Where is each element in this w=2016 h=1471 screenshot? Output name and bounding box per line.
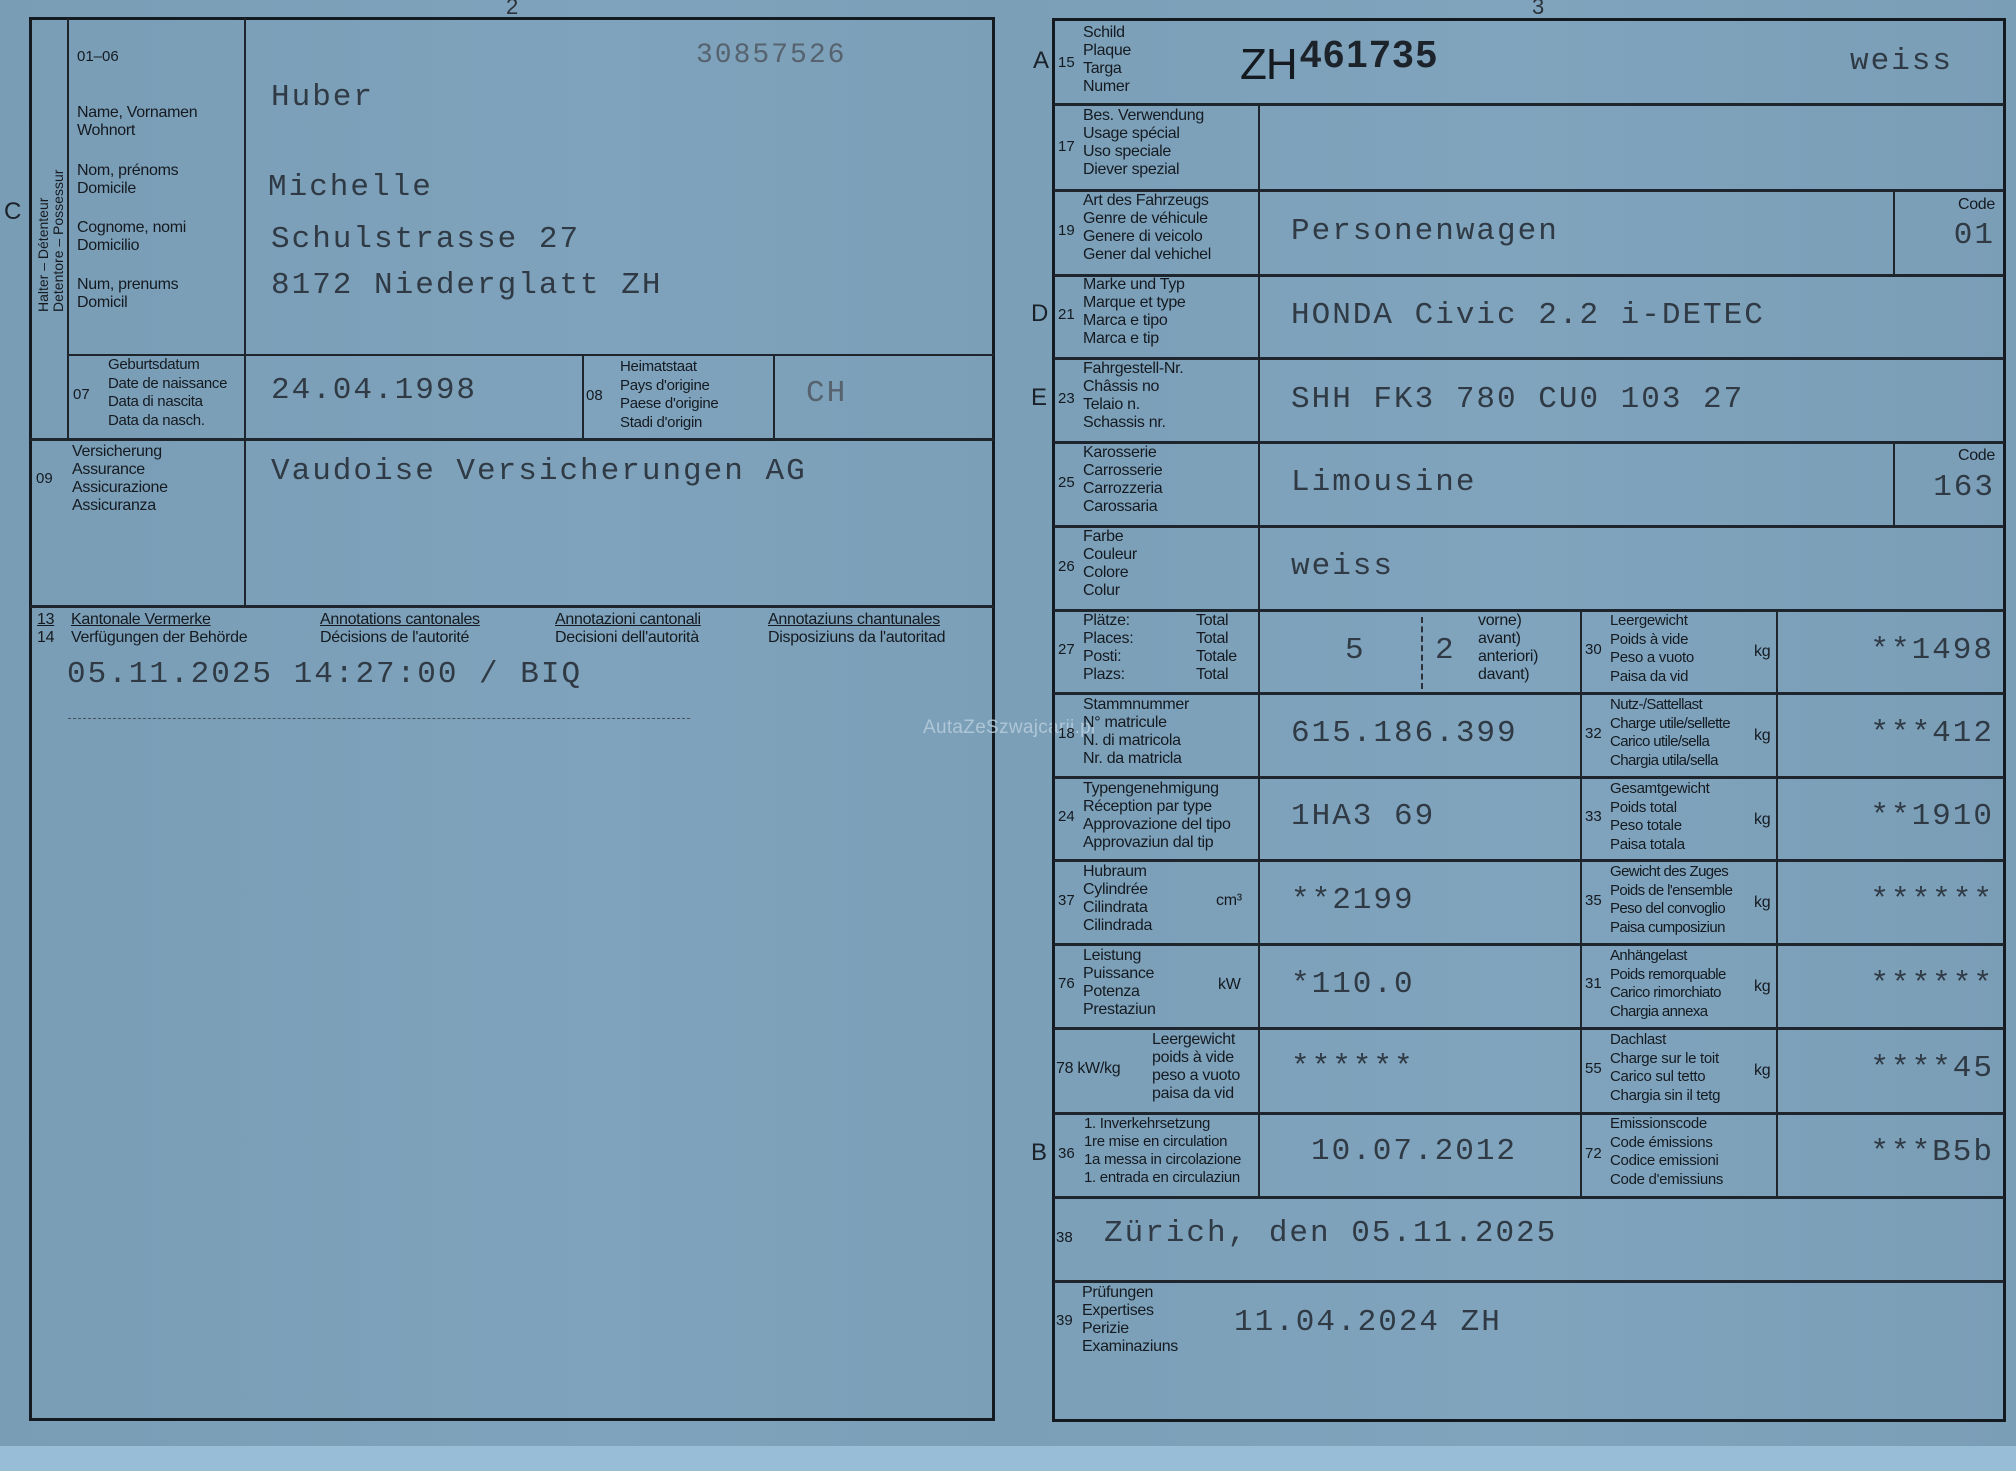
make-model-labels: Marke und TypMarque et type Marca e tipo… <box>1083 276 1186 348</box>
origin-value: CH <box>806 376 847 411</box>
make-model-value: HONDA Civic 2.2 i-DETEC <box>1291 298 1765 333</box>
annotations-field-nos: 1314 <box>37 611 54 647</box>
birth-date-field-no: 07 <box>73 386 90 403</box>
birth-date-labels: GeburtsdatumDate de naissance Data di na… <box>108 356 227 430</box>
marker-d: D <box>1031 300 1048 328</box>
trailer-load-value: ****** <box>1780 967 1994 1002</box>
empty-weight-labels: LeergewichtPoids à vide Peso a vuotoPais… <box>1610 612 1694 686</box>
holder-labels-rm: Num, prenumsDomicil <box>77 276 178 312</box>
row-divider <box>30 438 994 441</box>
color-labels: FarbeCouleur ColoreColur <box>1083 528 1137 600</box>
annotations-header-fr: Annotations cantonalesDécisions de l'aut… <box>320 611 480 647</box>
annotation-separator <box>68 718 690 719</box>
payload-labels: Nutz-/SattellastCharge utile/sellette Ca… <box>1610 696 1730 770</box>
row-divider <box>1054 525 2004 528</box>
seats-field-no: 27 <box>1058 641 1075 658</box>
issue-place-date: Zürich, den 05.11.2025 <box>1104 1216 1557 1251</box>
make-model-field-no: 21 <box>1058 306 1075 323</box>
inspections-field-no: 39 <box>1056 1312 1073 1329</box>
roof-load-value: ****45 <box>1780 1051 1994 1086</box>
body-code: 163 <box>1895 470 1995 505</box>
matriculation-labels: StammnummerN° matricule N. di matricolaN… <box>1083 696 1189 768</box>
power-weight-labels: Leergewichtpoids à vide peso a vuotopais… <box>1152 1031 1240 1103</box>
total-weight-value: **1910 <box>1780 799 1994 834</box>
row-divider <box>1054 943 2004 946</box>
row-divider <box>1054 357 2004 360</box>
payload-field-no: 32 <box>1585 725 1602 742</box>
issue-field-no: 38 <box>1056 1229 1073 1246</box>
holder-strip-line1: Halter – Détenteur <box>36 198 51 312</box>
page-number-right: 3 <box>1532 0 1544 20</box>
body-labels: KarosserieCarrosserie CarrozzeriaCarossa… <box>1083 444 1162 516</box>
type-approval-labels: TypengenehmigungRéception par type Appro… <box>1083 780 1231 852</box>
holder-city: 8172 Niederglatt ZH <box>271 268 662 303</box>
first-registration-value: 10.07.2012 <box>1311 1134 1517 1169</box>
seats-front-labels: vorne)avant) anteriori)davant) <box>1478 612 1538 684</box>
origin-field-no: 08 <box>586 387 603 404</box>
origin-labels: HeimatstaatPays d'origine Paese d'origin… <box>620 358 718 432</box>
type-approval-value: 1HA3 69 <box>1291 799 1435 834</box>
emission-code-labels: EmissionscodeCode émissions Codice emiss… <box>1610 1115 1723 1189</box>
plate-field-no: 15 <box>1058 54 1075 71</box>
birth-date-value: 24.04.1998 <box>271 373 477 408</box>
train-weight-unit: kg <box>1754 894 1770 912</box>
seats-front: 2 <box>1435 633 1456 668</box>
inspections-value: 11.04.2024 ZH <box>1234 1305 1502 1340</box>
power-weight-field: 78 kW/kg <box>1056 1060 1120 1078</box>
chassis-value: SHH FK3 780 CU0 103 27 <box>1291 382 1744 417</box>
marker-b: B <box>1031 1139 1047 1167</box>
row-divider <box>1054 103 2004 106</box>
total-weight-unit: kg <box>1754 811 1770 829</box>
chassis-field-no: 23 <box>1058 390 1075 407</box>
vehicle-registration-document: 2 3 C Halter – Détenteur Detentore – Pos… <box>0 0 2016 1446</box>
emission-code-field-no: 72 <box>1585 1145 1602 1162</box>
vehicle-type-code: 01 <box>1895 218 1995 253</box>
power-unit: kW <box>1218 976 1241 994</box>
color-field-no: 26 <box>1058 558 1075 575</box>
right-value-divider <box>1776 610 1778 1197</box>
power-field-no: 76 <box>1058 975 1075 992</box>
document-number: 30857526 <box>696 40 846 71</box>
emission-code-value: ***B5b <box>1780 1135 1994 1170</box>
body-value: Limousine <box>1291 465 1476 500</box>
empty-weight-value: **1498 <box>1780 633 1994 668</box>
row-divider <box>1054 1196 2004 1199</box>
divider <box>773 355 775 438</box>
row-divider <box>1054 1027 2004 1030</box>
total-weight-field-no: 33 <box>1585 808 1602 825</box>
row-divider <box>1054 776 2004 779</box>
annotations-header-rm: Annotaziuns chantunalesDisposiziuns da l… <box>768 611 945 647</box>
seats-brace <box>1421 617 1429 689</box>
strip-divider <box>67 18 69 438</box>
insurance-labels: VersicherungAssurance AssicurazioneAssic… <box>72 443 168 515</box>
row-divider <box>1054 441 2004 444</box>
total-weight-labels: GesamtgewichtPoids total Peso totalePais… <box>1610 780 1709 854</box>
body-field-no: 25 <box>1058 474 1075 491</box>
empty-weight-unit: kg <box>1754 643 1770 661</box>
annotations-header-de: Kantonale VermerkeVerfügungen der Behörd… <box>71 611 247 647</box>
displacement-unit: cm³ <box>1216 892 1242 910</box>
plate-canton: ZH <box>1240 40 1297 90</box>
middle-column-divider <box>1580 610 1582 1197</box>
first-registration-field-no: 36 <box>1058 1145 1075 1162</box>
annotation-entry: 05.11.2025 14:27:00 / BIQ <box>67 657 582 692</box>
type-approval-field-no: 24 <box>1058 808 1075 825</box>
vehicle-type-field-no: 19 <box>1058 222 1075 239</box>
roof-load-unit: kg <box>1754 1062 1770 1080</box>
holder-street: Schulstrasse 27 <box>271 222 580 257</box>
power-value: *110.0 <box>1291 967 1415 1002</box>
plate-color: weiss <box>1850 44 1953 79</box>
marker-e: E <box>1031 384 1047 412</box>
seats-total-labels: TotalTotal TotaleTotal <box>1196 612 1237 684</box>
displacement-field-no: 37 <box>1058 892 1075 909</box>
row-divider <box>1054 859 2004 862</box>
seats-total: 5 <box>1345 633 1366 668</box>
roof-load-labels: DachlastCharge sur le toit Carico sul te… <box>1610 1031 1720 1105</box>
plate-labels: SchildPlaque TargaNumer <box>1083 24 1131 96</box>
holder-first-name: Michelle <box>268 170 433 205</box>
chassis-labels: Fahrgestell-Nr.Châssis no Telaio n.Schas… <box>1083 360 1183 432</box>
annotations-header-it: Annotazioni cantonaliDecisioni dell'auto… <box>555 611 701 647</box>
power-labels: LeistungPuissance PotenzaPrestaziun <box>1083 947 1156 1019</box>
plate-number: 461735 <box>1300 34 1439 77</box>
row-divider <box>30 605 994 608</box>
insurance-value: Vaudoise Versicherungen AG <box>271 454 807 489</box>
holder-labels-de: Name, VornamenWohnort <box>77 104 197 140</box>
vehicle-type-code-label: Code <box>1895 196 1995 214</box>
holder-strip-line2: Detentore – Possessur <box>51 170 66 312</box>
special-use-labels: Bes. VerwendungUsage spécial Uso special… <box>1083 107 1204 179</box>
seats-labels: Plätze:Places: Posti:Plazs: <box>1083 612 1133 684</box>
row-divider <box>1054 274 2004 277</box>
body-code-label: Code <box>1895 447 1995 465</box>
row-divider <box>1054 692 2004 695</box>
train-weight-value: ****** <box>1780 883 1994 918</box>
holder-field-range: 01–06 <box>77 48 119 65</box>
first-registration-labels: 1. Inverkehrsetzung1re mise en circulati… <box>1084 1115 1241 1187</box>
train-weight-labels: Gewicht des ZugesPoids de l'ensemble Pes… <box>1610 863 1732 937</box>
empty-weight-field-no: 30 <box>1585 641 1602 658</box>
inspections-labels: PrüfungenExpertises PerizieExaminaziuns <box>1082 1284 1178 1356</box>
label-column-divider <box>244 18 246 605</box>
trailer-load-unit: kg <box>1754 978 1770 996</box>
holder-surname: Huber <box>271 80 374 115</box>
payload-value: ***412 <box>1780 716 1994 751</box>
row-divider <box>1054 1280 2004 1283</box>
divider <box>582 355 584 438</box>
trailer-load-labels: AnhängelastPoids remorquable Carico rimo… <box>1610 947 1726 1021</box>
displacement-labels: HubraumCylindrée CilindrataCilindrada <box>1083 863 1152 935</box>
label-column-divider <box>1258 104 1260 1197</box>
trailer-load-field-no: 31 <box>1585 975 1602 992</box>
train-weight-field-no: 35 <box>1585 892 1602 909</box>
displacement-value: **2199 <box>1291 883 1415 918</box>
power-weight-value: ****** <box>1291 1050 1415 1085</box>
matriculation-field-no: 18 <box>1058 725 1075 742</box>
section-marker-c: C <box>4 198 21 226</box>
special-use-field-no: 17 <box>1058 138 1075 155</box>
holder-labels-it: Cognome, nomiDomicilio <box>77 219 186 255</box>
insurance-field-no: 09 <box>36 470 53 487</box>
roof-load-field-no: 55 <box>1585 1060 1602 1077</box>
vehicle-type-value: Personenwagen <box>1291 214 1559 249</box>
marker-a: A <box>1033 47 1049 75</box>
color-value: weiss <box>1291 549 1394 584</box>
payload-unit: kg <box>1754 727 1770 745</box>
holder-labels-fr: Nom, prénomsDomicile <box>77 162 178 198</box>
vehicle-type-labels: Art des FahrzeugsGenre de véhicule Gener… <box>1083 192 1211 264</box>
matriculation-value: 615.186.399 <box>1291 716 1518 751</box>
